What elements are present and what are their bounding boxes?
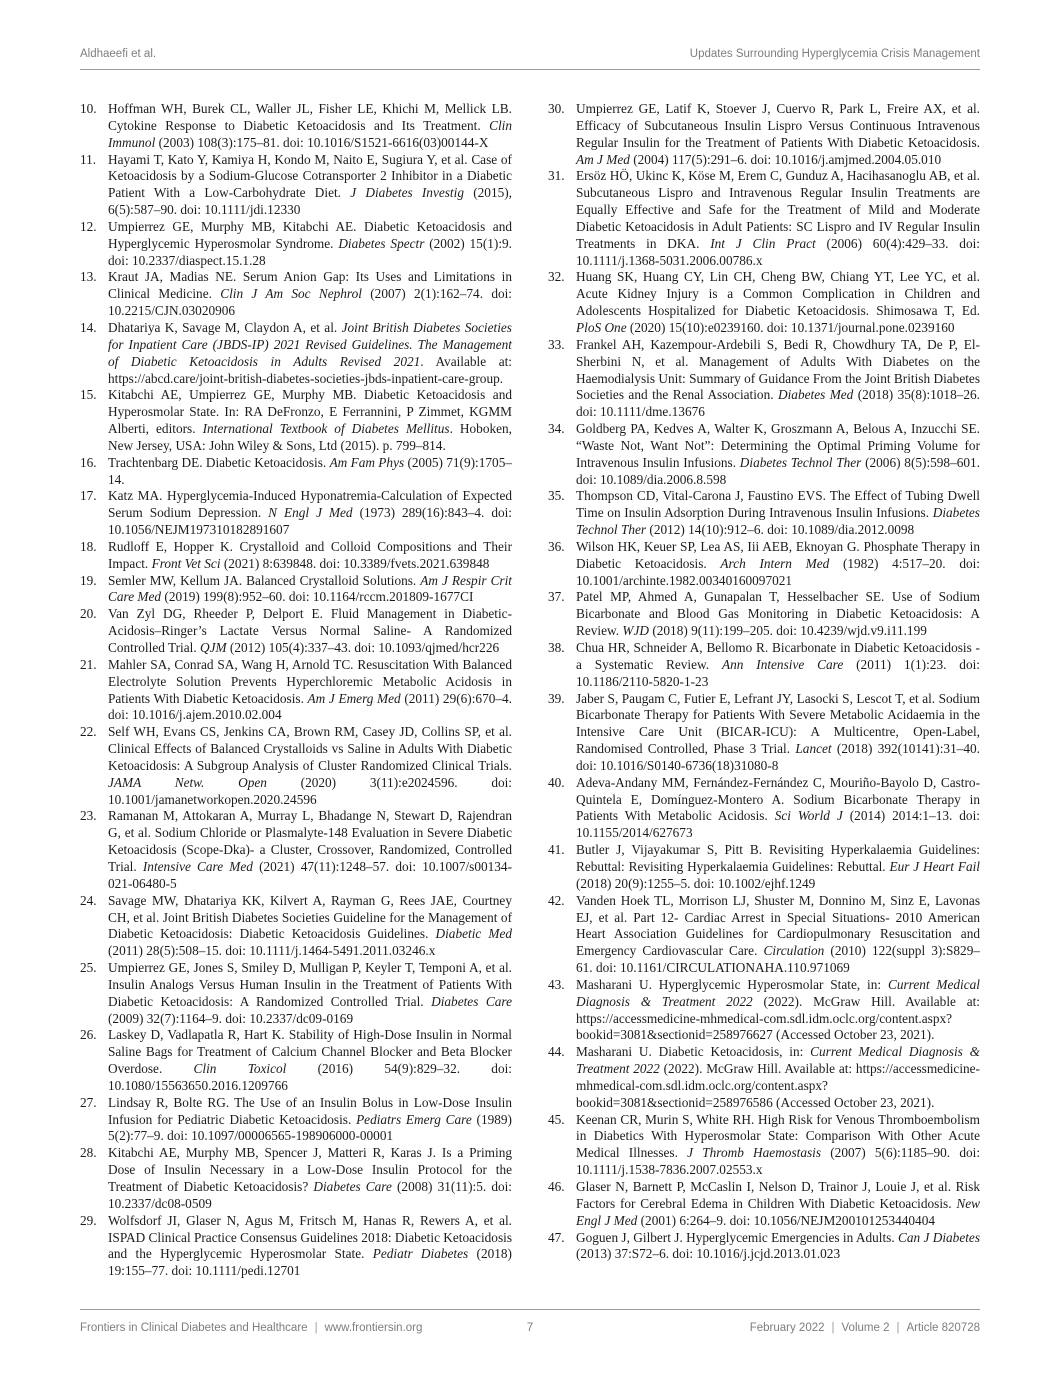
reference-number: 38. xyxy=(548,640,565,657)
reference-item: 30.Umpierrez GE, Latif K, Stoever J, Cue… xyxy=(548,101,980,168)
reference-text: Masharani U. Diabetic Ketoacidosis, in: … xyxy=(576,1044,980,1110)
reference-number: 32. xyxy=(548,269,565,286)
reference-item: 13.Kraut JA, Madias NE. Serum Anion Gap:… xyxy=(80,269,512,320)
reference-text: Masharani U. Hyperglycemic Hyperosmolar … xyxy=(576,977,980,1043)
reference-number: 44. xyxy=(548,1044,565,1061)
reference-text: Van Zyl DG, Rheeder P, Delport E. Fluid … xyxy=(108,606,512,655)
reference-number: 27. xyxy=(80,1095,97,1112)
reference-number: 26. xyxy=(80,1027,97,1044)
reference-text: Kitabchi AE, Murphy MB, Spencer J, Matte… xyxy=(108,1145,512,1211)
reference-number: 41. xyxy=(548,842,565,859)
reference-text: Self WH, Evans CS, Jenkins CA, Brown RM,… xyxy=(108,724,512,806)
references-section: 10.Hoffman WH, Burek CL, Waller JL, Fish… xyxy=(80,101,980,1280)
reference-item: 10.Hoffman WH, Burek CL, Waller JL, Fish… xyxy=(80,101,512,152)
reference-number: 36. xyxy=(548,539,565,556)
footer-date: February 2022 xyxy=(750,1322,825,1334)
reference-item: 18.Rudloff E, Hopper K. Crystalloid and … xyxy=(80,539,512,573)
reference-item: 44.Masharani U. Diabetic Ketoacidosis, i… xyxy=(548,1044,980,1111)
paper-page: Aldhaeefi et al. Updates Surrounding Hyp… xyxy=(0,0,1058,1386)
reference-number: 28. xyxy=(80,1145,97,1162)
reference-text: Rudloff E, Hopper K. Crystalloid and Col… xyxy=(108,539,512,571)
reference-item: 45.Keenan CR, Murin S, White RH. High Ri… xyxy=(548,1112,980,1179)
reference-item: 27.Lindsay R, Bolte RG. The Use of an In… xyxy=(80,1095,512,1146)
reference-text: Vanden Hoek TL, Morrison LJ, Shuster M, … xyxy=(576,893,980,975)
reference-text: Patel MP, Ahmed A, Gunapalan T, Hesselba… xyxy=(576,589,980,638)
reference-text: Ersöz HÖ, Ukinc K, Köse M, Erem C, Gundu… xyxy=(576,168,980,267)
reference-text: Goldberg PA, Kedves A, Walter K, Groszma… xyxy=(576,421,980,487)
reference-text: Umpierrez GE, Jones S, Smiley D, Mulliga… xyxy=(108,960,512,1026)
reference-text: Kraut JA, Madias NE. Serum Anion Gap: It… xyxy=(108,269,512,318)
reference-text: Keenan CR, Murin S, White RH. High Risk … xyxy=(576,1112,980,1178)
reference-number: 47. xyxy=(548,1230,565,1247)
reference-item: 39.Jaber S, Paugam C, Futier E, Lefrant … xyxy=(548,691,980,775)
header-author: Aldhaeefi et al. xyxy=(80,48,156,60)
reference-number: 22. xyxy=(80,724,97,741)
reference-item: 11.Hayami T, Kato Y, Kamiya H, Kondo M, … xyxy=(80,152,512,219)
reference-text: Umpierrez GE, Latif K, Stoever J, Cuervo… xyxy=(576,101,980,167)
reference-text: Frankel AH, Kazempour-Ardebili S, Bedi R… xyxy=(576,337,980,419)
reference-number: 24. xyxy=(80,893,97,910)
reference-number: 30. xyxy=(548,101,565,118)
reference-text: Lindsay R, Bolte RG. The Use of an Insul… xyxy=(108,1095,512,1144)
reference-item: 22.Self WH, Evans CS, Jenkins CA, Brown … xyxy=(80,724,512,808)
reference-item: 25.Umpierrez GE, Jones S, Smiley D, Mull… xyxy=(80,960,512,1027)
reference-item: 26.Laskey D, Vadlapatla R, Hart K. Stabi… xyxy=(80,1027,512,1094)
reference-text: Ramanan M, Attokaran A, Murray L, Bhadan… xyxy=(108,808,512,890)
reference-item: 40.Adeva-Andany MM, Fernández-Fernández … xyxy=(548,775,980,842)
reference-item: 47.Goguen J, Gilbert J. Hyperglycemic Em… xyxy=(548,1230,980,1264)
reference-text: Umpierrez GE, Murphy MB, Kitabchi AE. Di… xyxy=(108,219,512,268)
reference-item: 31.Ersöz HÖ, Ukinc K, Köse M, Erem C, Gu… xyxy=(548,168,980,269)
reference-number: 15. xyxy=(80,387,97,404)
reference-number: 20. xyxy=(80,606,97,623)
reference-item: 29.Wolfsdorf JI, Glaser N, Agus M, Frits… xyxy=(80,1213,512,1280)
reference-number: 14. xyxy=(80,320,97,337)
reference-item: 14.Dhatariya K, Savage M, Claydon A, et … xyxy=(80,320,512,387)
reference-item: 35.Thompson CD, Vital-Carona J, Faustino… xyxy=(548,488,980,539)
reference-number: 43. xyxy=(548,977,565,994)
reference-number: 25. xyxy=(80,960,97,977)
reference-number: 33. xyxy=(548,337,565,354)
reference-item: 33.Frankel AH, Kazempour-Ardebili S, Bed… xyxy=(548,337,980,421)
reference-number: 23. xyxy=(80,808,97,825)
reference-item: 15.Kitabchi AE, Umpierrez GE, Murphy MB.… xyxy=(80,387,512,454)
reference-text: Chua HR, Schneider A, Bellomo R. Bicarbo… xyxy=(576,640,980,689)
reference-item: 36.Wilson HK, Keuer SP, Lea AS, Iii AEB,… xyxy=(548,539,980,590)
reference-item: 24.Savage MW, Dhatariya KK, Kilvert A, R… xyxy=(80,893,512,960)
reference-text: Jaber S, Paugam C, Futier E, Lefrant JY,… xyxy=(576,691,980,773)
page-footer: Frontiers in Clinical Diabetes and Healt… xyxy=(80,1309,980,1322)
footer-volume: Volume 2 xyxy=(842,1322,890,1334)
reference-text: Mahler SA, Conrad SA, Wang H, Arnold TC.… xyxy=(108,657,512,723)
reference-text: Hayami T, Kato Y, Kamiya H, Kondo M, Nai… xyxy=(108,152,512,218)
reference-item: 34.Goldberg PA, Kedves A, Walter K, Gros… xyxy=(548,421,980,488)
reference-number: 42. xyxy=(548,893,565,910)
reference-text: Dhatariya K, Savage M, Claydon A, et al.… xyxy=(108,320,512,386)
reference-text: Semler MW, Kellum JA. Balanced Crystallo… xyxy=(108,573,512,605)
reference-item: 23.Ramanan M, Attokaran A, Murray L, Bha… xyxy=(80,808,512,892)
reference-item: 46.Glaser N, Barnett P, McCaslin I, Nels… xyxy=(548,1179,980,1230)
reference-item: 17.Katz MA. Hyperglycemia-Induced Hypona… xyxy=(80,488,512,539)
references-column-left: 10.Hoffman WH, Burek CL, Waller JL, Fish… xyxy=(80,101,512,1280)
reference-number: 37. xyxy=(548,589,565,606)
reference-number: 10. xyxy=(80,101,97,118)
reference-item: 32.Huang SK, Huang CY, Lin CH, Cheng BW,… xyxy=(548,269,980,336)
reference-item: 12.Umpierrez GE, Murphy MB, Kitabchi AE.… xyxy=(80,219,512,270)
reference-text: Laskey D, Vadlapatla R, Hart K. Stabilit… xyxy=(108,1027,512,1093)
page-header: Aldhaeefi et al. Updates Surrounding Hyp… xyxy=(80,48,980,70)
reference-number: 11. xyxy=(80,152,96,169)
reference-text: Glaser N, Barnett P, McCaslin I, Nelson … xyxy=(576,1179,980,1228)
reference-text: Butler J, Vijayakumar S, Pitt B. Revisit… xyxy=(576,842,980,891)
reference-text: Katz MA. Hyperglycemia-Induced Hyponatre… xyxy=(108,488,512,537)
reference-text: Wolfsdorf JI, Glaser N, Agus M, Fritsch … xyxy=(108,1213,512,1279)
reference-number: 45. xyxy=(548,1112,565,1129)
footer-issue-block: February 2022|Volume 2|Article 820728 xyxy=(750,1322,980,1334)
reference-text: Savage MW, Dhatariya KK, Kilvert A, Raym… xyxy=(108,893,512,959)
reference-item: 38.Chua HR, Schneider A, Bellomo R. Bica… xyxy=(548,640,980,691)
reference-item: 20.Van Zyl DG, Rheeder P, Delport E. Flu… xyxy=(80,606,512,657)
reference-item: 43.Masharani U. Hyperglycemic Hyperosmol… xyxy=(548,977,980,1044)
reference-text: Kitabchi AE, Umpierrez GE, Murphy MB. Di… xyxy=(108,387,512,453)
reference-text: Goguen J, Gilbert J. Hyperglycemic Emerg… xyxy=(576,1230,980,1262)
reference-number: 35. xyxy=(548,488,565,505)
reference-number: 19. xyxy=(80,573,97,590)
reference-item: 19.Semler MW, Kellum JA. Balanced Crysta… xyxy=(80,573,512,607)
footer-separator: | xyxy=(832,1322,835,1334)
reference-number: 40. xyxy=(548,775,565,792)
footer-separator: | xyxy=(896,1322,899,1334)
reference-number: 13. xyxy=(80,269,97,286)
reference-number: 34. xyxy=(548,421,565,438)
reference-number: 21. xyxy=(80,657,97,674)
reference-text: Wilson HK, Keuer SP, Lea AS, Iii AEB, Ek… xyxy=(576,539,980,588)
reference-number: 46. xyxy=(548,1179,565,1196)
reference-item: 28.Kitabchi AE, Murphy MB, Spencer J, Ma… xyxy=(80,1145,512,1212)
reference-item: 37.Patel MP, Ahmed A, Gunapalan T, Hesse… xyxy=(548,589,980,640)
reference-text: Adeva-Andany MM, Fernández-Fernández C, … xyxy=(576,775,980,841)
reference-item: 42.Vanden Hoek TL, Morrison LJ, Shuster … xyxy=(548,893,980,977)
reference-number: 17. xyxy=(80,488,97,505)
references-column-right: 30.Umpierrez GE, Latif K, Stoever J, Cue… xyxy=(548,101,980,1280)
reference-item: 16.Trachtenbarg DE. Diabetic Ketoacidosi… xyxy=(80,455,512,489)
reference-item: 21.Mahler SA, Conrad SA, Wang H, Arnold … xyxy=(80,657,512,724)
reference-number: 39. xyxy=(548,691,565,708)
footer-article: Article 820728 xyxy=(906,1322,980,1334)
reference-number: 12. xyxy=(80,219,97,236)
reference-text: Huang SK, Huang CY, Lin CH, Cheng BW, Ch… xyxy=(576,269,980,335)
reference-number: 31. xyxy=(548,168,565,185)
reference-text: Trachtenbarg DE. Diabetic Ketoacidosis. … xyxy=(108,455,512,487)
reference-text: Hoffman WH, Burek CL, Waller JL, Fisher … xyxy=(108,101,512,150)
header-running-title: Updates Surrounding Hyperglycemia Crisis… xyxy=(690,48,980,60)
reference-text: Thompson CD, Vital-Carona J, Faustino EV… xyxy=(576,488,980,537)
reference-number: 18. xyxy=(80,539,97,556)
reference-number: 29. xyxy=(80,1213,97,1230)
reference-item: 41.Butler J, Vijayakumar S, Pitt B. Revi… xyxy=(548,842,980,893)
reference-number: 16. xyxy=(80,455,97,472)
